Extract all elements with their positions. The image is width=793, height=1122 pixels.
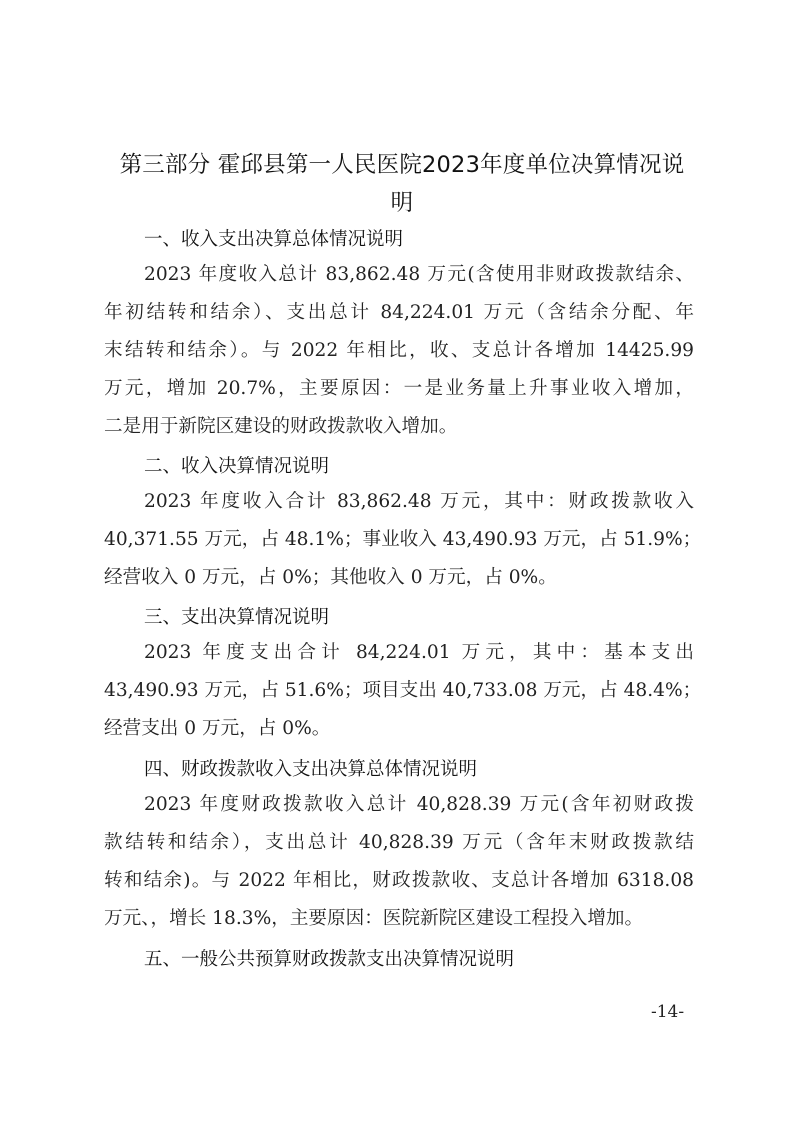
paragraph-line: 末结转和结余）。与 2022 年相比，收、支总计各增加 14425.99 bbox=[104, 332, 694, 370]
page-title-line-1: 第三部分 霍邱县第一人民医院2023年度单位决算情况说 bbox=[104, 146, 700, 184]
paragraph-line: 40,371.55 万元，占 48.1%；事业收入 43,490.93 万元，占… bbox=[104, 521, 694, 559]
section-2-paragraph: 2023 年度收入合计 83,862.48 万元，其中：财政拨款收入 40,37… bbox=[104, 483, 694, 597]
page-title: 第三部分 霍邱县第一人民医院2023年度单位决算情况说 明 bbox=[104, 146, 700, 222]
paragraph-line: 万元、，增长 18.3%，主要原因：医院新院区建设工程投入增加。 bbox=[104, 900, 694, 938]
section-heading-1: 一、收入支出决算总体情况说明 bbox=[144, 228, 403, 252]
section-1-paragraph: 2023 年度收入总计 83,862.48 万元(含使用非财政拨款结余、 年初结… bbox=[104, 256, 694, 446]
paragraph-line: 2023 年度支出合计 84,224.01 万元，其中：基本支出 bbox=[104, 634, 694, 672]
paragraph-line: 2023 年度财政拨款收入总计 40,828.39 万元(含年初财政拨 bbox=[104, 786, 694, 824]
section-3-paragraph: 2023 年度支出合计 84,224.01 万元，其中：基本支出 43,490.… bbox=[104, 634, 694, 748]
section-4-paragraph: 2023 年度财政拨款收入总计 40,828.39 万元(含年初财政拨 款结转和… bbox=[104, 786, 694, 938]
section-heading-5: 五、一般公共预算财政拨款支出决算情况说明 bbox=[144, 948, 514, 972]
section-heading-3: 三、支出决算情况说明 bbox=[144, 606, 329, 630]
section-heading-2: 二、收入决算情况说明 bbox=[144, 455, 329, 479]
paragraph-line: 经营支出 0 万元，占 0%。 bbox=[104, 710, 694, 748]
paragraph-line: 万元，增加 20.7%，主要原因：一是业务量上升事业收入增加， bbox=[104, 370, 694, 408]
paragraph-line: 款结转和结余），支出总计 40,828.39 万元（含年末财政拨款结 bbox=[104, 824, 694, 862]
document-page: 第三部分 霍邱县第一人民医院2023年度单位决算情况说 明 一、收入支出决算总体… bbox=[0, 0, 793, 1122]
paragraph-line: 43,490.93 万元，占 51.6%；项目支出 40,733.08 万元，占… bbox=[104, 672, 694, 710]
paragraph-line: 二是用于新院区建设的财政拨款收入增加。 bbox=[104, 408, 694, 446]
page-number: -14- bbox=[651, 1002, 684, 1022]
section-heading-4: 四、财政拨款收入支出决算总体情况说明 bbox=[144, 758, 477, 782]
page-title-line-2: 明 bbox=[104, 184, 700, 222]
paragraph-line: 2023 年度收入总计 83,862.48 万元(含使用非财政拨款结余、 bbox=[104, 256, 694, 294]
paragraph-line: 转和结余)。与 2022 年相比，财政拨款收、支总计各增加 6318.08 bbox=[104, 862, 694, 900]
paragraph-line: 经营收入 0 万元，占 0%；其他收入 0 万元，占 0%。 bbox=[104, 559, 694, 597]
paragraph-line: 年初结转和结余）、支出总计 84,224.01 万元（含结余分配、年 bbox=[104, 294, 694, 332]
paragraph-line: 2023 年度收入合计 83,862.48 万元，其中：财政拨款收入 bbox=[104, 483, 694, 521]
